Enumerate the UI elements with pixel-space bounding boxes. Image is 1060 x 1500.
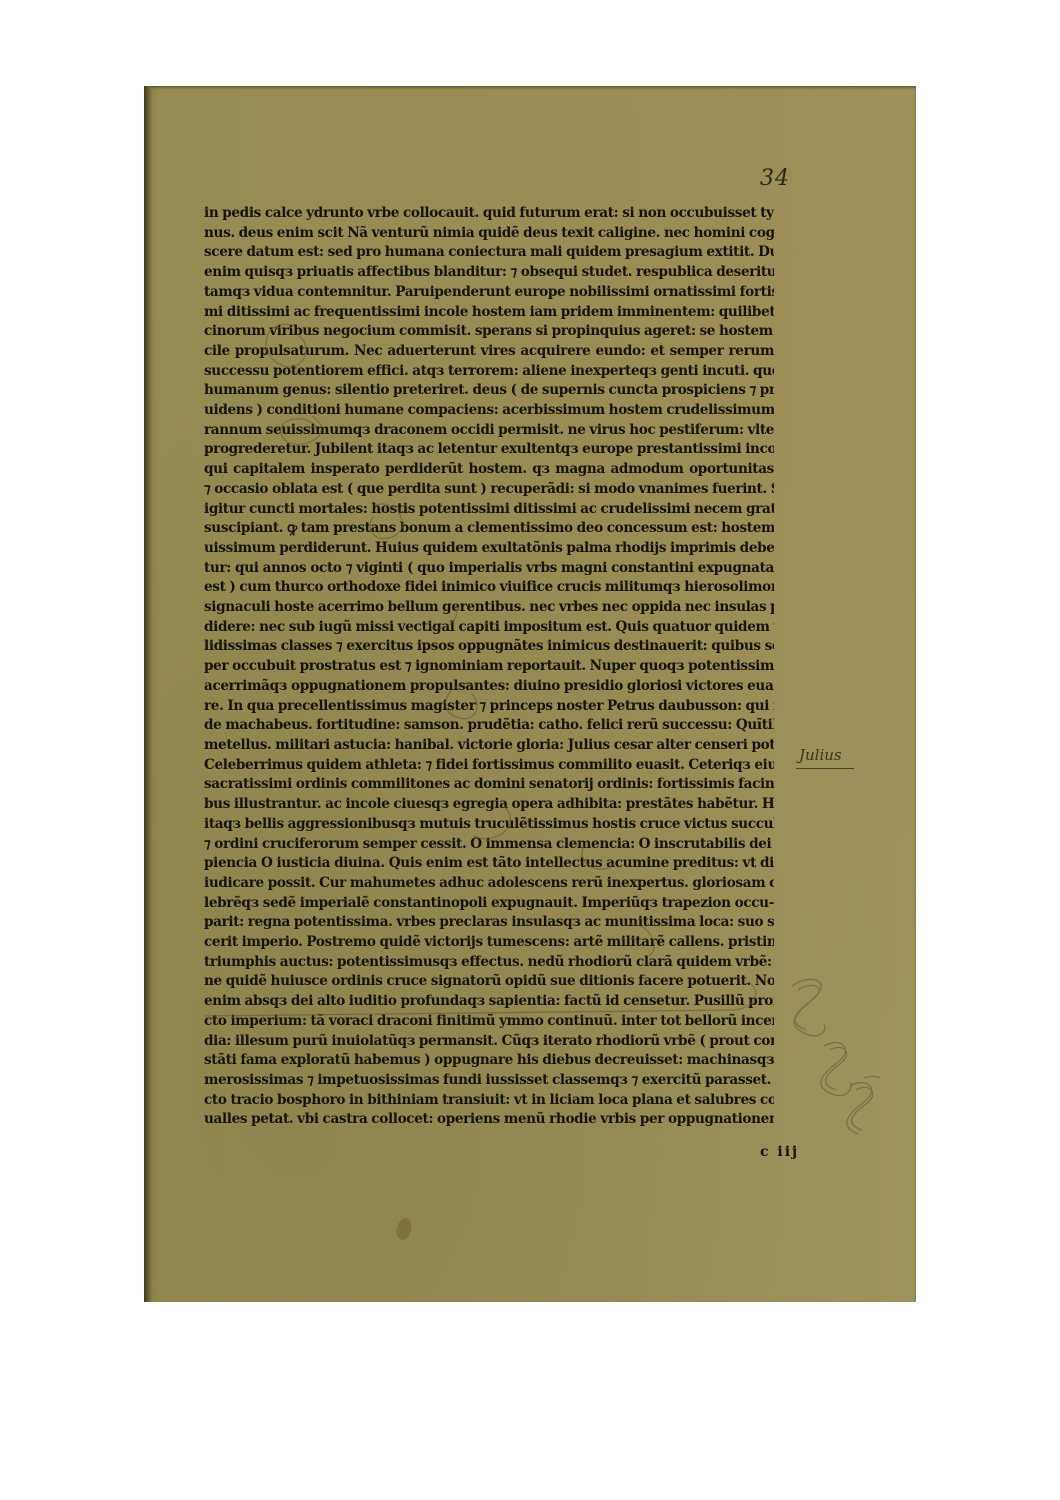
text-line: Celeberrimus quidem athleta: ⁊ fidei for… [204,756,774,776]
text-line: rannum seuissimumqз draconem occidi perm… [204,421,774,441]
text-line: uidens ) conditioni humane compaciens: a… [204,401,774,421]
text-line: re. In qua precellentissimus magister ⁊ … [204,697,774,717]
text-line: ualles petat. vbi castra collocet: operi… [204,1110,774,1130]
text-line: humanum genus: silentio preteriret. deus… [204,381,774,401]
text-line: ne quidẽ huiusce ordinis cruce signatorũ… [204,972,774,992]
text-line: tur: qui annos octo ⁊ viginti ( quo impe… [204,559,774,579]
signature-mark: c iij [760,1144,799,1160]
text-line: lebrẽqз sedẽ imperialẽ constantinopoli e… [204,894,774,914]
text-line: per occubuit prostratus est ⁊ ignominiam… [204,657,774,677]
incunable-text-block: in pedis calce ydrunto vrbe collocauit. … [204,204,774,1130]
book-page: 34 in pedis calce ydrunto vrbe collocaui… [144,86,916,1302]
text-line: cto imperium: tã voraci draconi finitimũ… [204,1012,774,1032]
text-line: nus. deus enim scit Nã venturũ nimia qui… [204,224,774,244]
text-line: cto tracio bosphoro in bithiniam transiu… [204,1091,774,1111]
text-line: est ) cum thurco orthodoxe fidei inimico… [204,578,774,598]
text-line: progrederetur. Jubilent itaqз ac letentu… [204,440,774,460]
text-line: piencia O iusticia diuina. Quis enim est… [204,854,774,874]
text-line: igitur cuncti mortales: hostis potentiss… [204,500,774,520]
text-line: enim absqз dei alto iuditio profundaqз s… [204,992,774,1012]
marginal-annotation: Julius [799,746,842,764]
page-gutter-shadow [144,86,152,1302]
text-line: dia: illesum purũ inuiolatũqз permansit.… [204,1032,774,1052]
text-line: signaculi hoste acerrimo bellum gerentib… [204,598,774,618]
text-line: didere: nec sub iugũ missi vectigal capi… [204,618,774,638]
text-line: suscipiant. ꝙ tam prestans bonum a cleme… [204,519,774,539]
text-line: uissimum perdiderunt. Huius quidem exult… [204,539,774,559]
text-line: cile propulsaturum. Nec aduerterunt vire… [204,342,774,362]
text-line: scere datum est: sed pro humana coniectu… [204,243,774,263]
text-line: de machabeus. fortitudine: samson. prudẽ… [204,716,774,736]
text-line: lidissimas classes ⁊ exercitus ipsos opp… [204,637,774,657]
text-line: ⁊ occasio oblata est ( que perdita sunt … [204,480,774,500]
text-line: itaqз bellis aggressionibusqз mutuis tru… [204,815,774,835]
text-line: cinorum viribus negocium commisit. spera… [204,322,774,342]
paper-stain [394,1216,414,1241]
text-line: in pedis calce ydrunto vrbe collocauit. … [204,204,774,224]
text-line: stãti fama exploratũ habemus ) oppugnare… [204,1051,774,1071]
text-line: metellus. militari astucia: hanibal. vic… [204,736,774,756]
text-line: sacratissimi ordinis commilitones ac dom… [204,775,774,795]
text-line: successu potentiorem effici. atqз terror… [204,362,774,382]
text-line: merosissimas ⁊ impetuosissimas fundi ius… [204,1071,774,1091]
marginal-annotation-underline [796,768,854,769]
text-line: enim quisqз priuatis affectibus blanditu… [204,263,774,283]
folio-number: 34 [760,166,790,191]
text-line: ⁊ ordini cruciferorum semper cessit. O i… [204,835,774,855]
text-line: mi ditissimi ac frequentissimi incole ho… [204,303,774,323]
text-line: parit: regna potentissima. vrbes preclar… [204,913,774,933]
text-line: iudicare possit. Cur mahumetes adhuc ado… [204,874,774,894]
text-line: tamqз vidua contemnitur. Paruipenderunt … [204,283,774,303]
text-line: cerit imperio. Postremo quidẽ victorijs … [204,933,774,953]
text-line: acerrimãqз oppugnationem propulsantes: d… [204,677,774,697]
text-line: bus illustrantur. ac incole ciuesqз egre… [204,795,774,815]
text-line: qui capitalem insperato perdiderũt hoste… [204,460,774,480]
text-line: triumphis auctus: potentissimusqз effect… [204,953,774,973]
